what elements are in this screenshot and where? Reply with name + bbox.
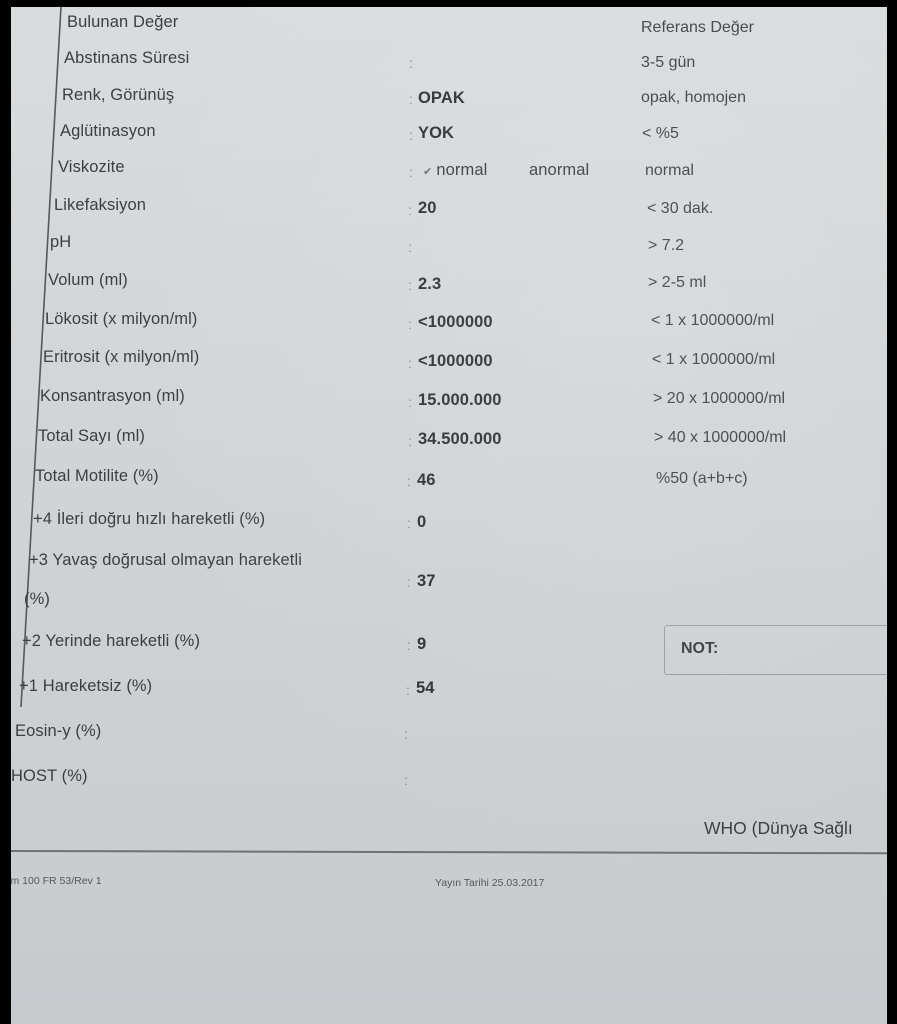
row-reference-total-motility: %50 (a+b+c) (656, 470, 748, 488)
row-value-volume: 2.3 (418, 275, 441, 294)
row-label-concentration: Konsantrasyon (ml) (40, 387, 185, 406)
row-label-host: HOST (%) (11, 767, 88, 786)
colon-separator: : (408, 433, 412, 449)
row-label-grade3-motility-line2: (%) (24, 590, 50, 609)
colon-separator: : (409, 164, 413, 180)
row-value-grade3-motility: 37 (417, 572, 436, 591)
row-reference-total-count: > 40 x 1000000/ml (654, 429, 786, 447)
row-label-color: Renk, Görünüş (62, 86, 174, 105)
row-value-erythrocyte: <1000000 (418, 352, 493, 371)
row-reference-leukocyte: < 1 x 1000000/ml (651, 312, 774, 330)
row-reference-agglutination: < %5 (642, 125, 679, 143)
row-label-agglutination: Aglütinasyon (60, 122, 156, 141)
reference-column-header: Referans Değer (641, 19, 754, 37)
row-label-viscosity: Viskozite (58, 158, 125, 177)
colon-separator: : (407, 473, 411, 489)
row-value-agglutination: YOK (418, 124, 454, 143)
row-value-color: OPAK (418, 89, 465, 108)
row-label-total-motility: Total Motilite (%) (35, 467, 159, 486)
footer-divider (11, 850, 887, 854)
row-label-eosin-y: Eosin-y (%) (15, 722, 101, 741)
note-label: NOT: (681, 640, 718, 658)
row-reference-abstinence: 3-5 gün (641, 54, 695, 72)
row-value-grade4-motility: 0 (417, 513, 426, 532)
row-reference-color: opak, homojen (641, 89, 746, 107)
note-box: NOT: (664, 625, 887, 675)
row-label-grade1-immotile: +1 Hareketsiz (%) (19, 677, 152, 696)
row-reference-ph: > 7.2 (648, 237, 684, 255)
colon-separator: : (407, 574, 411, 590)
colon-separator: : (404, 726, 408, 742)
publish-date: Yayın Tarihi 25.03.2017 (435, 877, 544, 889)
colon-separator: : (407, 515, 411, 531)
colon-separator: : (408, 394, 412, 410)
lab-report-page: Bulunan Değer Referans Değer Abstinans S… (11, 7, 887, 1024)
row-value-liquefaction: 20 (418, 199, 437, 218)
row-label-total-count: Total Sayı (ml) (38, 427, 145, 446)
colon-separator: : (409, 55, 413, 71)
row-label-volume: Volum (ml) (48, 271, 128, 290)
row-value-grade2-motility: 9 (417, 635, 426, 654)
row-label-grade2-motility: +2 Yerinde hareketli (%) (22, 632, 200, 651)
colon-separator: : (408, 316, 412, 332)
colon-separator: : (408, 202, 412, 218)
row-reference-viscosity: normal (645, 162, 694, 180)
colon-separator: : (408, 355, 412, 371)
form-code: rm 100 FR 53/Rev 1 (11, 875, 102, 887)
colon-separator: : (408, 239, 412, 255)
row-value-total-motility: 46 (417, 471, 436, 490)
row-value-concentration: 15.000.000 (418, 391, 502, 410)
viscosity-option-normal: ✔normal (423, 161, 487, 180)
row-label-erythrocyte: Eritrosit (x milyon/ml) (43, 348, 199, 367)
row-reference-volume: > 2-5 ml (648, 274, 706, 292)
row-reference-concentration: > 20 x 1000000/ml (653, 390, 785, 408)
row-label-liquefaction: Likefaksiyon (54, 196, 146, 215)
who-reference-note: WHO (Dünya Sağlı (704, 818, 853, 839)
result-column-header: Bulunan Değer (67, 13, 178, 32)
row-reference-erythrocyte: < 1 x 1000000/ml (652, 351, 775, 369)
row-label-grade3-motility-line1: +3 Yavaş doğrusal olmayan hareketli (29, 551, 302, 570)
row-value-grade1-immotile: 54 (416, 679, 435, 698)
row-reference-liquefaction: < 30 dak. (647, 200, 713, 218)
row-label-leukocyte: Lökosit (x milyon/ml) (45, 310, 197, 329)
row-value-leukocyte: <1000000 (418, 313, 493, 332)
viscosity-option-abnormal: anormal (529, 161, 589, 180)
checkmark-icon: ✔ (423, 166, 432, 178)
colon-separator: : (409, 91, 413, 107)
colon-separator: : (407, 637, 411, 653)
row-label-grade4-motility: +4 İleri doğru hızlı hareketli (%) (33, 510, 265, 529)
row-value-total-count: 34.500.000 (418, 430, 502, 449)
row-label-abstinence: Abstinans Süresi (64, 49, 189, 68)
colon-separator: : (408, 277, 412, 293)
row-label-ph: pH (50, 233, 71, 252)
colon-separator: : (409, 127, 413, 143)
colon-separator: : (404, 772, 408, 788)
colon-separator: : (406, 682, 410, 698)
